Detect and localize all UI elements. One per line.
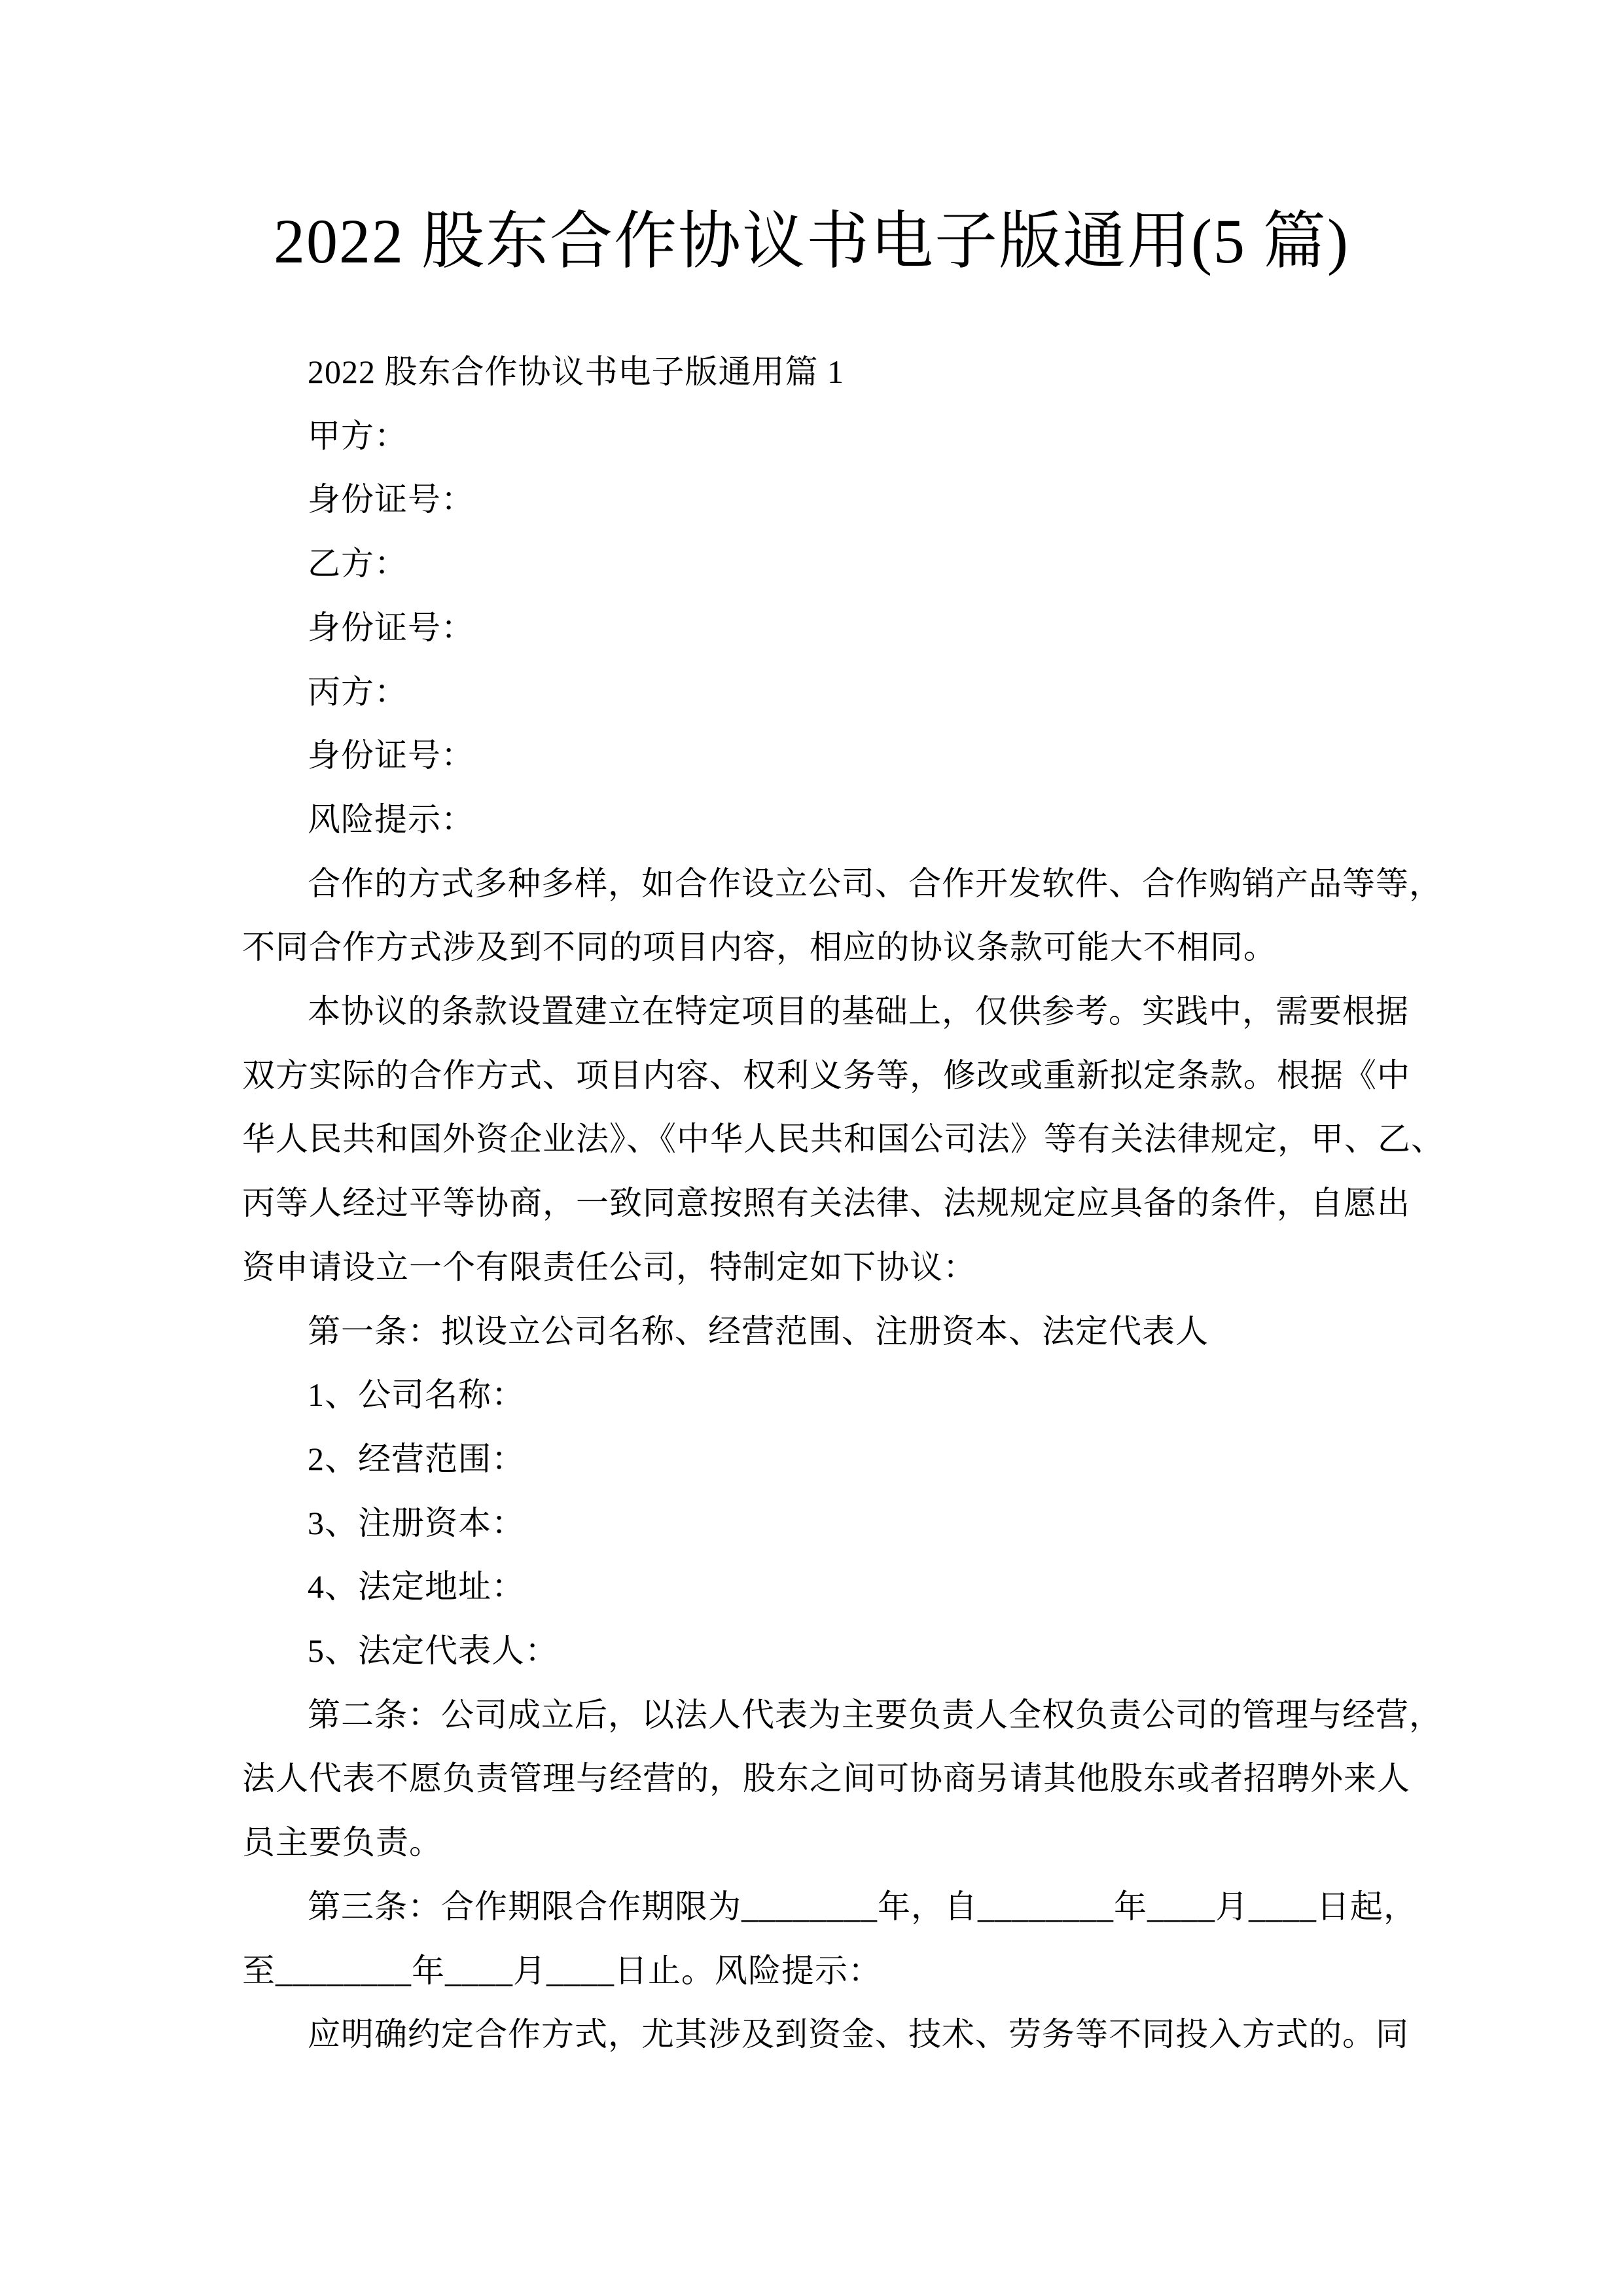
document-line: 本协议的条款设置建立在特定项目的基础上，仅供参考。实践中，需要根据 bbox=[242, 980, 1383, 1044]
document-line: 身份证号： bbox=[242, 468, 1383, 532]
document-line: 员主要负责。 bbox=[242, 1811, 1383, 1875]
document-line: 资申请设立一个有限责任公司，特制定如下协议： bbox=[242, 1236, 1383, 1300]
document-line: 5、法定代表人： bbox=[242, 1619, 1383, 1683]
document-line: 丙方： bbox=[242, 660, 1383, 725]
document-line: 乙方： bbox=[242, 532, 1383, 596]
document-line: 风险提示： bbox=[242, 788, 1383, 852]
document-line: 身份证号： bbox=[242, 724, 1383, 788]
document-line: 第一条：拟设立公司名称、经营范围、注册资本、法定代表人 bbox=[242, 1300, 1383, 1364]
document-line: 双方实际的合作方式、项目内容、权利义务等，修改或重新拟定条款。根据《中 bbox=[242, 1044, 1383, 1108]
document-line: 至________年____月____日止。风险提示： bbox=[242, 1939, 1383, 2003]
document-line: 华人民共和国外资企业法》、《中华人民共和国公司法》等有关法律规定，甲、乙、 bbox=[242, 1107, 1383, 1172]
document-line: 第二条：公司成立后，以法人代表为主要负责人全权负责公司的管理与经营， bbox=[242, 1683, 1383, 1748]
document-page: 2022 股东合作协议书电子版通用(5 篇) 2022 股东合作协议书电子版通用… bbox=[0, 0, 1623, 2296]
document-line: 法人代表不愿负责管理与经营的，股东之间可协商另请其他股东或者招聘外来人 bbox=[242, 1747, 1383, 1811]
document-line: 4、法定地址： bbox=[242, 1555, 1383, 1619]
document-line: 合作的方式多种多样，如合作设立公司、合作开发软件、合作购销产品等等， bbox=[242, 852, 1383, 916]
document-line: 第三条：合作期限合作期限为________年，自________年____月__… bbox=[242, 1875, 1383, 1939]
document-line: 1、公司名称： bbox=[242, 1363, 1383, 1427]
document-line: 3、注册资本： bbox=[242, 1492, 1383, 1556]
document-line: 丙等人经过平等协商，一致同意按照有关法律、法规规定应具备的条件，自愿出 bbox=[242, 1172, 1383, 1236]
document-line: 甲方： bbox=[242, 404, 1383, 469]
document-line: 不同合作方式涉及到不同的项目内容，相应的协议条款可能大不相同。 bbox=[242, 916, 1383, 980]
document-line: 应明确约定合作方式，尤其涉及到资金、技术、劳务等不同投入方式的。同 bbox=[242, 2003, 1383, 2067]
document-title: 2022 股东合作协议书电子版通用(5 篇) bbox=[0, 191, 1623, 281]
document-line: 身份证号： bbox=[242, 596, 1383, 660]
document-body: 2022 股东合作协议书电子版通用篇 1 甲方： 身份证号： 乙方： 身份证号：… bbox=[242, 340, 1383, 2067]
document-line: 2022 股东合作协议书电子版通用篇 1 bbox=[242, 340, 1383, 404]
document-line: 2、经营范围： bbox=[242, 1427, 1383, 1492]
